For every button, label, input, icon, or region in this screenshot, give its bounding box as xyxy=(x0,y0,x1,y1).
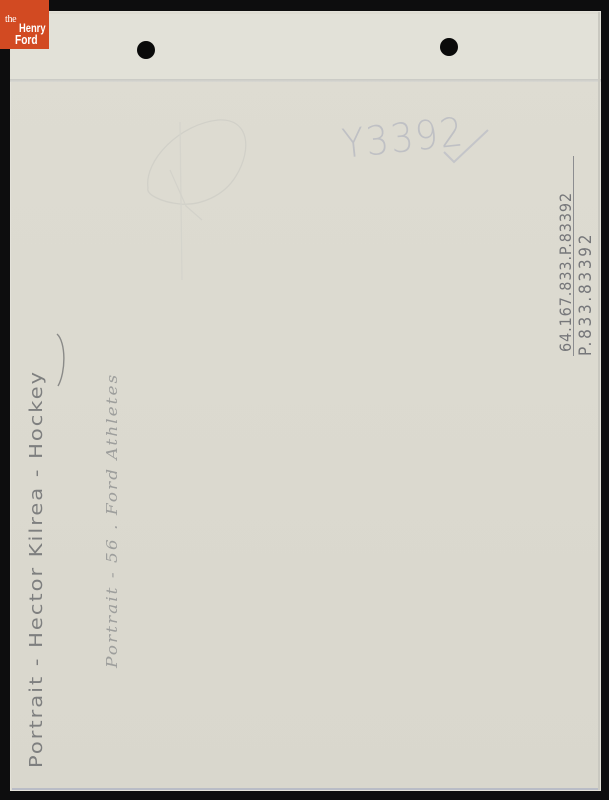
punch-hole-left xyxy=(137,41,155,59)
fold-line xyxy=(10,79,601,82)
catalog-number-secondary: P.833.83392 xyxy=(576,232,596,356)
sheet-right-edge xyxy=(598,12,600,790)
mount-sheet xyxy=(10,11,601,791)
binding-tab xyxy=(10,14,601,80)
sheet-bottom-edge xyxy=(12,788,600,790)
faint-pencil-sketch-icon xyxy=(140,110,260,280)
punch-hole-right xyxy=(440,38,458,56)
logo-the: the xyxy=(5,14,16,25)
title-note: Portrait - Hector Kilrea - Hockey xyxy=(26,370,46,768)
catalog-divider xyxy=(573,156,574,356)
document-viewer: the Henry Ford Y3392 Portrait - Hector K… xyxy=(0,0,609,800)
sub-note: Portrait - 56 . Ford Athletes xyxy=(104,373,121,668)
logo-ford: Ford xyxy=(15,32,38,47)
check-mark-icon xyxy=(442,126,490,166)
henry-ford-logo[interactable]: the Henry Ford xyxy=(0,0,49,49)
underline-mark-icon xyxy=(54,332,68,388)
